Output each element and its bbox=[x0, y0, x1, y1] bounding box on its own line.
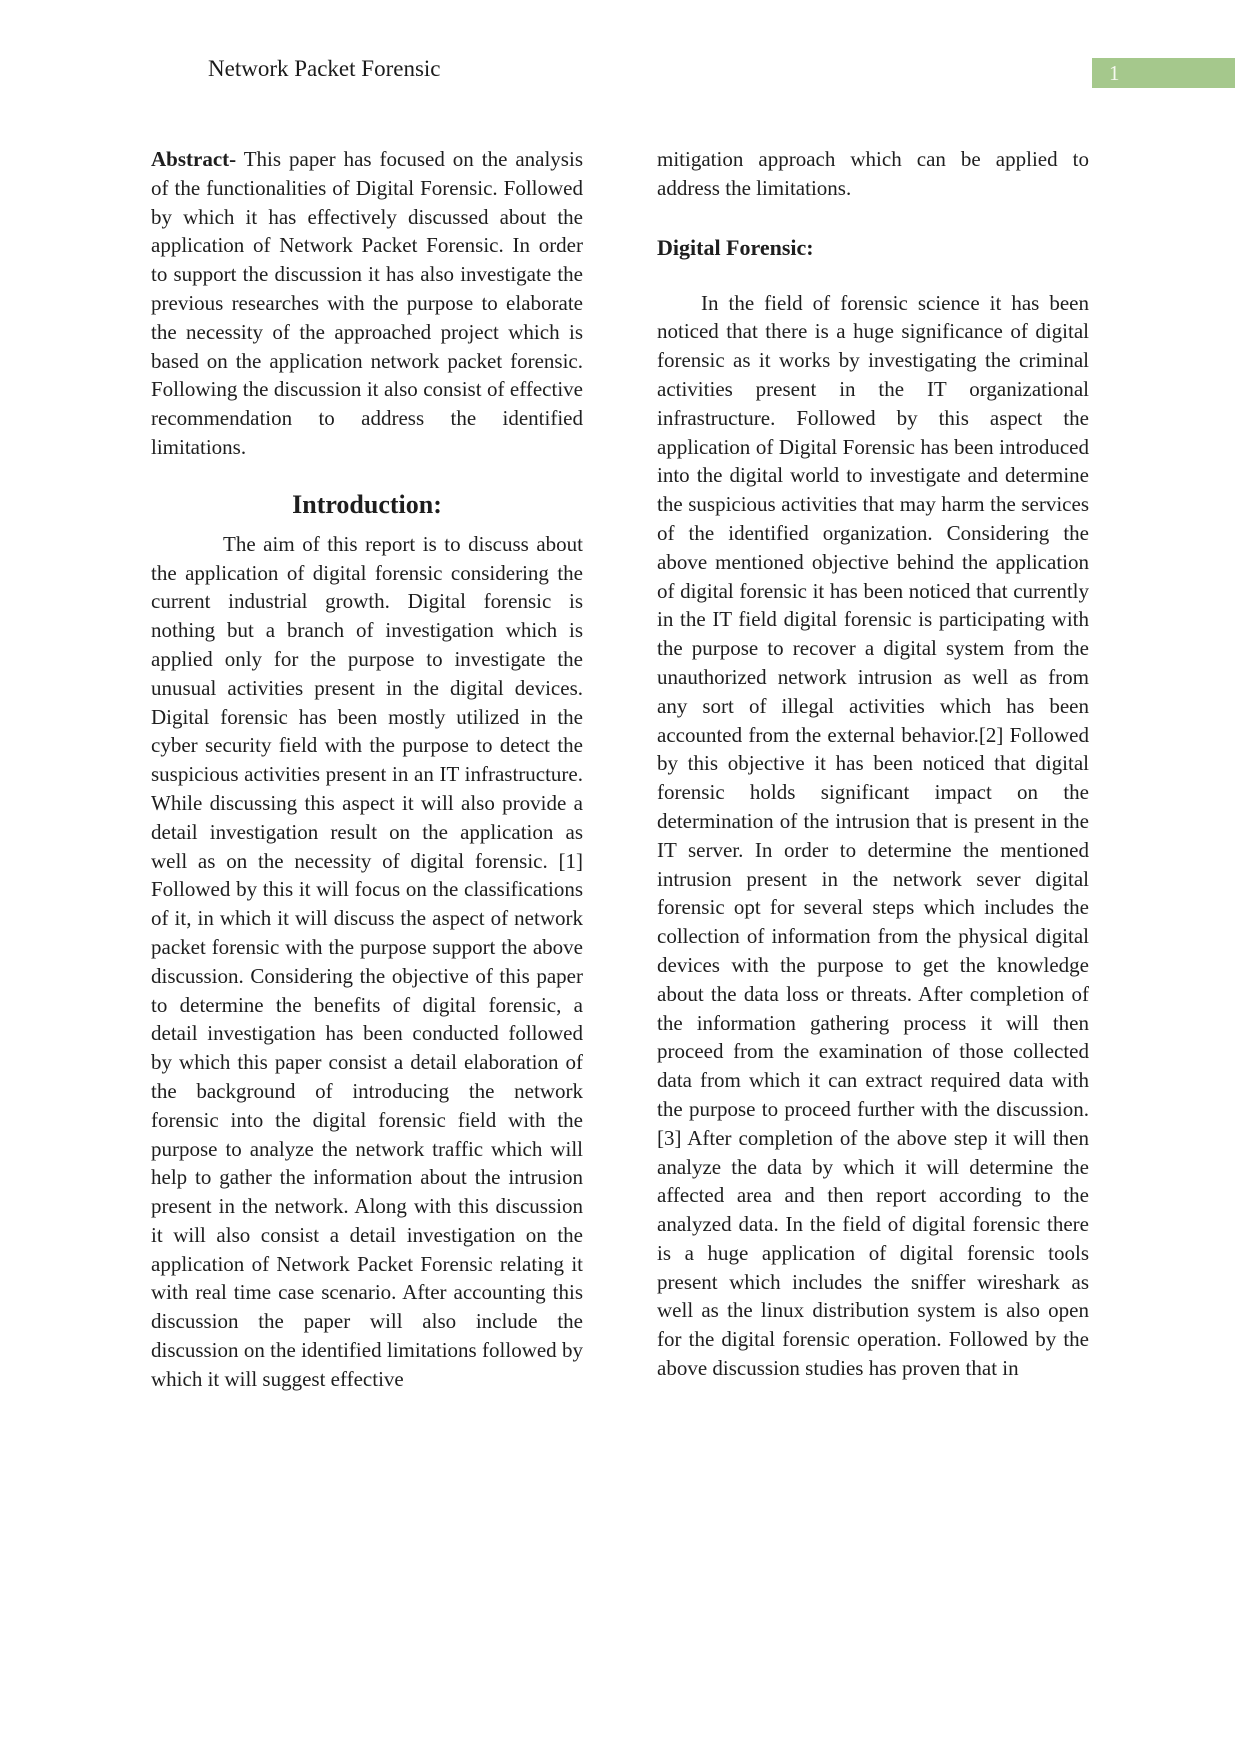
continuation-paragraph: mitigation approach which can be applied… bbox=[657, 145, 1089, 203]
left-column: Abstract- This paper has focused on the … bbox=[151, 145, 583, 1394]
digital-forensic-paragraph: In the field of forensic science it has … bbox=[657, 289, 1089, 1383]
two-column-content: Abstract- This paper has focused on the … bbox=[151, 145, 1089, 1394]
page-header-title: Network Packet Forensic bbox=[208, 54, 441, 84]
introduction-paragraph: The aim of this report is to discuss abo… bbox=[151, 530, 583, 1394]
page-number: 1 bbox=[1092, 58, 1235, 88]
abstract-label: Abstract- bbox=[151, 147, 236, 171]
abstract-text: This paper has focused on the analysis o… bbox=[151, 147, 583, 459]
digital-forensic-heading: Digital Forensic: bbox=[657, 233, 1089, 263]
right-column: mitigation approach which can be applied… bbox=[657, 145, 1089, 1394]
abstract-paragraph: Abstract- This paper has focused on the … bbox=[151, 145, 583, 462]
page-number-badge: 1 bbox=[1092, 58, 1235, 88]
document-page: Network Packet Forensic 1 Abstract- This… bbox=[0, 0, 1241, 1754]
introduction-heading: Introduction: bbox=[151, 488, 583, 522]
